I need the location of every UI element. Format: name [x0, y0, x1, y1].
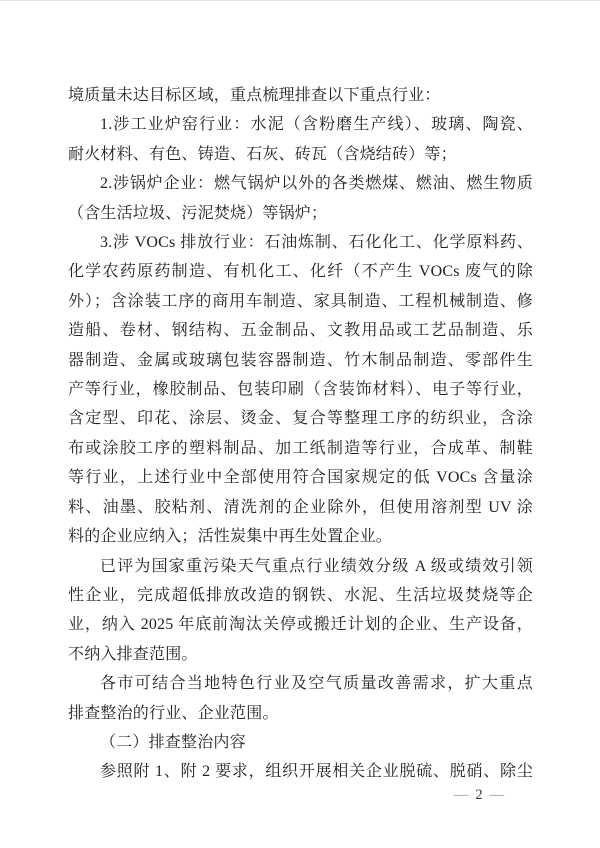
text-line: 境质量未达目标区域，重点梳理排查以下重点行业：: [68, 81, 533, 110]
text-line: 化学农药原药制造、有机化工、化纤（不产生 VOCs 废气的除: [68, 257, 533, 286]
page-number-value: 2: [468, 787, 489, 803]
page-number-dash-right: —: [490, 787, 505, 803]
page-number-dash-left: —: [454, 787, 469, 803]
text-line: 耐火材料、有色、铸造、石灰、砖瓦（含烧结砖）等；: [68, 140, 533, 169]
text-line: 器制造、金属或玻璃包装容器制造、竹木制品制造、零部件生: [68, 346, 533, 375]
text-line: 2.涉锅炉企业：燃气锅炉以外的各类燃煤、燃油、燃生物质: [68, 169, 533, 198]
text-line: （含生活垃圾、污泥焚烧）等锅炉；: [68, 199, 533, 228]
text-line: （二）排查整治内容: [68, 728, 533, 757]
text-line: 造船、卷材、钢结构、五金制品、文教用品或工艺品制造、乐: [68, 316, 533, 345]
text-line: 排查整治的行业、企业范围。: [68, 699, 533, 728]
text-line: 已评为国家重污染天气重点行业绩效分级 A 级或绩效引领: [68, 552, 533, 581]
page-top-edge: [0, 0, 600, 1]
text-line: 业，纳入 2025 年底前淘汰关停或搬迁计划的企业、生产设备，: [68, 610, 533, 639]
text-line: 1.涉工业炉窑行业：水泥（含粉磨生产线）、玻璃、陶瓷、: [68, 110, 533, 139]
text-line: 料、油墨、胶粘剂、清洗剂的企业除外，但使用溶剂型 UV 涂: [68, 493, 533, 522]
page-number: —2—: [450, 786, 508, 804]
text-line: 等行业，上述行业中全部使用符合国家规定的低 VOCs 含量涂: [68, 463, 533, 492]
text-line: 性企业，完成超低排放改造的钢铁、水泥、生活垃圾焚烧等企: [68, 581, 533, 610]
text-line: 参照附 1、附 2 要求，组织开展相关企业脱硫、脱硝、除尘: [68, 757, 533, 786]
document-page: { "document": { "lines": [ { "text": "境质…: [0, 0, 600, 848]
text-line: 布或涂胶工序的塑料制品、加工纸制造等行业，合成革、制鞋: [68, 434, 533, 463]
text-line: 含定型、印花、涂层、烫金、复合等整理工序的纺织业，含涂: [68, 404, 533, 433]
text-line: 料的企业应纳入；活性炭集中再生处置企业。: [68, 522, 533, 551]
text-line: 各市可结合当地特色行业及空气质量改善需求，扩大重点: [68, 669, 533, 698]
text-line: 产等行业，橡胶制品、包装印刷（含装饰材料）、电子等行业，: [68, 375, 533, 404]
text-line: 不纳入排查范围。: [68, 640, 533, 669]
text-line: 3.涉 VOCs 排放行业：石油炼制、石化化工、化学原料药、: [68, 228, 533, 257]
document-body: 境质量未达目标区域，重点梳理排查以下重点行业：1.涉工业炉窑行业：水泥（含粉磨生…: [68, 81, 533, 787]
text-line: 外）；含涂装工序的商用车制造、家具制造、工程机械制造、修: [68, 287, 533, 316]
